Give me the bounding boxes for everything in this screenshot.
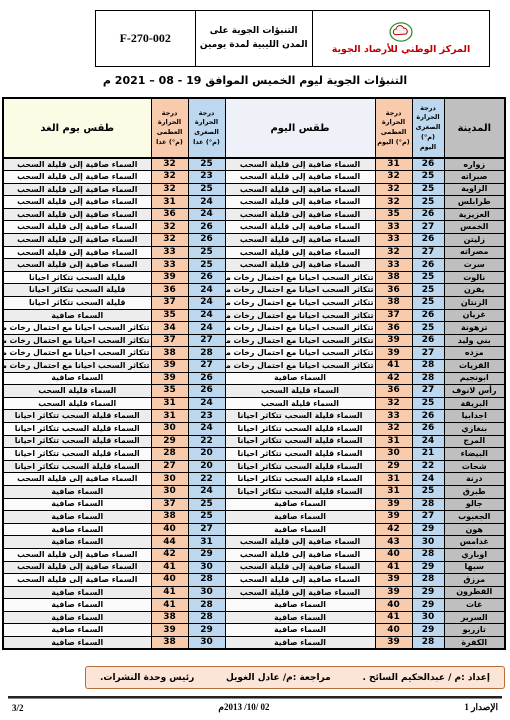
max-temp-today-cell: 41 — [375, 360, 412, 373]
weather-today-cell: السماء صافية — [225, 523, 375, 536]
min-temp-tomorrow-cell: 27 — [188, 334, 225, 347]
max-temp-tomorrow-cell: 37 — [151, 498, 188, 511]
weather-tomorrow-cell: السماء صافية إلى قليلة السحب — [3, 221, 151, 234]
min-temp-tomorrow-cell: 24 — [188, 485, 225, 498]
weather-tomorrow-cell: السماء قليلة السحب تتكاثر احيانا — [3, 460, 151, 473]
forecast-row: الجغبوب2739السماء صافية2538السماء صافية — [3, 511, 505, 524]
city-cell: رأس لانوف — [444, 385, 505, 398]
min-temp-today-cell: 25 — [412, 297, 444, 310]
city-cell: صبراته — [444, 171, 505, 184]
max-temp-today-cell: 38 — [375, 297, 412, 310]
weather-tomorrow-cell: السماء صافية إلى قليلة السحب — [3, 548, 151, 561]
min-temp-tomorrow-cell: 23 — [188, 171, 225, 184]
max-temp-today-cell: 39 — [375, 574, 412, 587]
min-temp-today-cell: 27 — [412, 347, 444, 360]
min-temp-today-cell: 26 — [412, 309, 444, 322]
min-temp-today-cell: 21 — [412, 448, 444, 461]
weather-tomorrow-cell: السماء صافية — [3, 498, 151, 511]
weather-today-cell: تتكاثر السحب احيانا مع احتمال رخات مطر — [225, 322, 375, 335]
max-temp-today-cell: 38 — [375, 271, 412, 284]
max-temp-tomorrow-cell: 31 — [151, 397, 188, 410]
city-cell: الزاوية — [444, 183, 505, 196]
prepared-by: إعداد :م / عبدالحكيم السائح . — [362, 673, 490, 683]
weather-today-cell: تتكاثر السحب احيانا مع احتمال رخات مطر — [225, 309, 375, 322]
max-temp-today-cell: 36 — [375, 385, 412, 398]
city-cell: القريات — [444, 360, 505, 373]
max-temp-today-cell: 36 — [375, 322, 412, 335]
min-temp-tomorrow-cell: 22 — [188, 473, 225, 486]
max-temp-tomorrow-cell: 38 — [151, 347, 188, 360]
weather-today-cell: تتكاثر السحب احيانا مع احتمال رخات مطر — [225, 271, 375, 284]
city-cell: الزنتان — [444, 297, 505, 310]
max-temp-tomorrow-cell: 32 — [151, 171, 188, 184]
forecast-row: العزيزية2635السماء صافية إلى قليلة السحب… — [3, 208, 505, 221]
forecast-row: البريقة2532السماء قليلة السحب2431السماء … — [3, 397, 505, 410]
city-cell: جالو — [444, 498, 505, 511]
weather-tomorrow-cell: السماء صافية إلى قليلة السحب — [3, 208, 151, 221]
min-temp-today-cell: 29 — [412, 599, 444, 612]
min-temp-tomorrow-cell: 26 — [188, 234, 225, 247]
max-temp-today-cell: 40 — [375, 599, 412, 612]
min-temp-today-cell: 25 — [412, 284, 444, 297]
min-temp-today-cell: 27 — [412, 246, 444, 259]
min-temp-today-cell: 22 — [412, 460, 444, 473]
min-temp-tomorrow-cell: 27 — [188, 360, 225, 373]
min-temp-today-cell: 28 — [412, 574, 444, 587]
forecast-row: غدامس3043السماء صافية إلى قليلة السحب314… — [3, 536, 505, 549]
max-temp-today-cell: 33 — [375, 410, 412, 423]
weather-today-cell: السماء صافية إلى قليلة السحب — [225, 234, 375, 247]
city-cell: مرزق — [444, 574, 505, 587]
weather-today-cell: السماء صافية إلى قليلة السحب — [225, 171, 375, 184]
col-header-min-today: درجة الحرارة الصغرى (م°) اليوم — [412, 98, 444, 158]
weather-tomorrow-cell: السماء صافية — [3, 624, 151, 637]
weather-center-logo-icon — [389, 22, 413, 42]
forecast-row: سبها2941السماء صافية إلى قليلة السحب3041… — [3, 561, 505, 574]
weather-today-cell: السماء قليلة السحب تتكاثر احيانا — [225, 485, 375, 498]
document-header: المركز الوطني للأرصاد الجوية التنبؤات ال… — [95, 10, 490, 67]
page-title: التنبؤات الجوية ليوم الخميس الموافق 19 -… — [0, 74, 510, 87]
min-temp-tomorrow-cell: 23 — [188, 410, 225, 423]
max-temp-today-cell: 33 — [375, 234, 412, 247]
doc-title-cell: التنبؤات الجوية على المدن الليبية لمدة ي… — [196, 11, 313, 66]
col-header-city: المدينة — [444, 98, 505, 158]
forecast-row: السرير3041السماء صافية2838السماء صافية — [3, 611, 505, 624]
min-temp-tomorrow-cell: 25 — [188, 158, 225, 171]
weather-today-cell: السماء قليلة السحب تتكاثر احيانا — [225, 460, 375, 473]
weather-tomorrow-cell: قليلة السحب تتكاثر احيانا — [3, 271, 151, 284]
city-cell: بنغازي — [444, 422, 505, 435]
max-temp-tomorrow-cell: 44 — [151, 536, 188, 549]
city-cell: مصراته — [444, 246, 505, 259]
weather-tomorrow-cell: السماء قليلة السحب تتكاثر احيانا — [3, 422, 151, 435]
forecast-row: مصراته2732السماء صافية إلى قليلة السحب25… — [3, 246, 505, 259]
city-cell: غات — [444, 599, 505, 612]
min-temp-today-cell: 28 — [412, 360, 444, 373]
min-temp-today-cell: 26 — [412, 259, 444, 272]
reviewed-by: مراجعة :م/ عادل الغويل — [226, 673, 331, 683]
min-temp-tomorrow-cell: 24 — [188, 284, 225, 297]
forecast-row: بني وليد2639تتكاثر السحب احيانا مع احتما… — [3, 334, 505, 347]
max-temp-tomorrow-cell: 32 — [151, 158, 188, 171]
min-temp-today-cell: 25 — [412, 322, 444, 335]
city-cell: شحات — [444, 460, 505, 473]
doc-title: التنبؤات الجوية على المدن الليبية لمدة ي… — [198, 25, 310, 52]
max-temp-today-cell: 33 — [375, 259, 412, 272]
weather-today-cell: السماء صافية — [225, 637, 375, 650]
max-temp-tomorrow-cell: 31 — [151, 410, 188, 423]
forecast-row: مزده2739تتكاثر السحب احيانا مع احتمال رخ… — [3, 347, 505, 360]
org-name: المركز الوطني للأرصاد الجوية — [332, 44, 471, 55]
max-temp-tomorrow-cell: 38 — [151, 611, 188, 624]
bulletins-unit-chief: رئيس وحدة النشرات. — [100, 673, 194, 683]
max-temp-today-cell: 39 — [375, 511, 412, 524]
max-temp-today-cell: 43 — [375, 536, 412, 549]
min-temp-today-cell: 26 — [412, 234, 444, 247]
max-temp-today-cell: 32 — [375, 183, 412, 196]
max-temp-today-cell: 31 — [375, 158, 412, 171]
weather-tomorrow-cell: السماء صافية — [3, 372, 151, 385]
forecast-row: غات2940السماء صافية2841السماء صافية — [3, 599, 505, 612]
issue-date: 02 /10/ 2013م — [218, 702, 269, 713]
weather-tomorrow-cell: تتكاثر السحب احيانا مع احتمال رخات مطر — [3, 334, 151, 347]
max-temp-tomorrow-cell: 40 — [151, 523, 188, 536]
weather-today-cell: السماء صافية إلى قليلة السحب — [225, 246, 375, 259]
max-temp-tomorrow-cell: 37 — [151, 297, 188, 310]
min-temp-tomorrow-cell: 22 — [188, 435, 225, 448]
weather-today-cell: السماء قليلة السحب تتكاثر احيانا — [225, 448, 375, 461]
weather-today-cell: تتكاثر السحب احيانا مع احتمال رخات مطر — [225, 360, 375, 373]
min-temp-tomorrow-cell: 28 — [188, 347, 225, 360]
max-temp-today-cell: 32 — [375, 246, 412, 259]
weather-today-cell: السماء صافية — [225, 624, 375, 637]
weather-today-cell: السماء صافية — [225, 599, 375, 612]
forecast-row: طرابلس2532السماء صافية إلى قليلة السحب24… — [3, 196, 505, 209]
city-cell: القطرون — [444, 586, 505, 599]
min-temp-tomorrow-cell: 30 — [188, 637, 225, 650]
weather-today-cell: تتكاثر السحب احيانا مع احتمال رخات مطر — [225, 334, 375, 347]
weather-today-cell: السماء صافية — [225, 511, 375, 524]
max-temp-tomorrow-cell: 29 — [151, 435, 188, 448]
max-temp-today-cell: 41 — [375, 611, 412, 624]
weather-tomorrow-cell: السماء صافية إلى قليلة السحب — [3, 246, 151, 259]
min-temp-tomorrow-cell: 24 — [188, 397, 225, 410]
min-temp-today-cell: 25 — [412, 171, 444, 184]
city-cell: غريان — [444, 309, 505, 322]
city-cell: طرابلس — [444, 196, 505, 209]
max-temp-today-cell: 39 — [375, 334, 412, 347]
forecast-row: اجدابيا2633السماء قليلة السحب تتكاثر احي… — [3, 410, 505, 423]
weather-tomorrow-cell: السماء قليلة السحب تتكاثر احيانا — [3, 448, 151, 461]
max-temp-today-cell: 37 — [375, 309, 412, 322]
weather-tomorrow-cell: قليلة السحب تتكاثر احيانا — [3, 284, 151, 297]
weather-tomorrow-cell: السماء صافية إلى قليلة السحب — [3, 196, 151, 209]
min-temp-tomorrow-cell: 29 — [188, 624, 225, 637]
min-temp-tomorrow-cell: 27 — [188, 523, 225, 536]
forecast-table-body: زواره2631السماء صافية إلى قليلة السحب253… — [3, 158, 505, 649]
city-cell: البريقة — [444, 397, 505, 410]
max-temp-tomorrow-cell: 41 — [151, 561, 188, 574]
max-temp-tomorrow-cell: 41 — [151, 586, 188, 599]
min-temp-today-cell: 28 — [412, 548, 444, 561]
max-temp-tomorrow-cell: 38 — [151, 637, 188, 650]
min-temp-tomorrow-cell: 31 — [188, 536, 225, 549]
city-cell: سرت — [444, 259, 505, 272]
max-temp-tomorrow-cell: 37 — [151, 334, 188, 347]
min-temp-today-cell: 26 — [412, 410, 444, 423]
max-temp-tomorrow-cell: 33 — [151, 246, 188, 259]
weather-tomorrow-cell: السماء صافية إلى قليلة السحب — [3, 234, 151, 247]
weather-today-cell: السماء صافية إلى قليلة السحب — [225, 536, 375, 549]
min-temp-today-cell: 25 — [412, 397, 444, 410]
forecast-row: اوباري2840السماء صافية إلى قليلة السحب29… — [3, 548, 505, 561]
min-temp-tomorrow-cell: 25 — [188, 511, 225, 524]
max-temp-tomorrow-cell: 39 — [151, 360, 188, 373]
city-cell: سبها — [444, 561, 505, 574]
max-temp-today-cell: 29 — [375, 460, 412, 473]
max-temp-today-cell: 39 — [375, 637, 412, 650]
min-temp-today-cell: 26 — [412, 208, 444, 221]
forecast-row: مرزق2839السماء صافية إلى قليلة السحب2840… — [3, 574, 505, 587]
forecast-row: ابونجيم2842السماء صافية2639السماء صافية — [3, 372, 505, 385]
max-temp-today-cell: 31 — [375, 473, 412, 486]
min-temp-tomorrow-cell: 25 — [188, 498, 225, 511]
weather-tomorrow-cell: السماء صافية — [3, 485, 151, 498]
weather-today-cell: السماء قليلة السحب — [225, 385, 375, 398]
weather-today-cell: السماء صافية إلى قليلة السحب — [225, 183, 375, 196]
min-temp-tomorrow-cell: 26 — [188, 221, 225, 234]
max-temp-tomorrow-cell: 35 — [151, 385, 188, 398]
footer-divider — [8, 696, 502, 699]
weather-today-cell: السماء صافية إلى قليلة السحب — [225, 196, 375, 209]
max-temp-today-cell: 32 — [375, 171, 412, 184]
forecast-table: المدينة درجة الحرارة الصغرى (م°) اليوم د… — [2, 97, 506, 650]
weather-tomorrow-cell: تتكاثر السحب احيانا مع احتمال رخات مطر — [3, 322, 151, 335]
max-temp-today-cell: 32 — [375, 397, 412, 410]
weather-tomorrow-cell: السماء صافية إلى قليلة السحب — [3, 473, 151, 486]
min-temp-tomorrow-cell: 28 — [188, 574, 225, 587]
max-temp-tomorrow-cell: 30 — [151, 473, 188, 486]
weather-tomorrow-cell: السماء صافية — [3, 523, 151, 536]
max-temp-today-cell: 39 — [375, 347, 412, 360]
min-temp-tomorrow-cell: 24 — [188, 309, 225, 322]
weather-tomorrow-cell: السماء قليلة السحب تتكاثر احيانا — [3, 435, 151, 448]
city-cell: غدامس — [444, 536, 505, 549]
max-temp-today-cell: 42 — [375, 372, 412, 385]
min-temp-today-cell: 30 — [412, 536, 444, 549]
min-temp-tomorrow-cell: 25 — [188, 246, 225, 259]
forecast-row: هون2942السماء صافية2740السماء صافية — [3, 523, 505, 536]
city-cell: درنة — [444, 473, 505, 486]
weather-tomorrow-cell: السماء صافية إلى قليلة السحب — [3, 259, 151, 272]
max-temp-tomorrow-cell: 32 — [151, 221, 188, 234]
max-temp-today-cell: 33 — [375, 221, 412, 234]
min-temp-today-cell: 29 — [412, 523, 444, 536]
forecast-row: سرت2633السماء صافية إلى قليلة السحب2533ا… — [3, 259, 505, 272]
weather-today-cell: السماء صافية — [225, 372, 375, 385]
weather-today-cell: السماء صافية إلى قليلة السحب — [225, 561, 375, 574]
forecast-row: صبراته2532السماء صافية إلى قليلة السحب23… — [3, 171, 505, 184]
max-temp-today-cell: 39 — [375, 586, 412, 599]
min-temp-tomorrow-cell: 24 — [188, 322, 225, 335]
weather-today-cell: تتكاثر السحب احيانا مع احتمال رخات مطر — [225, 284, 375, 297]
max-temp-today-cell: 31 — [375, 485, 412, 498]
min-temp-today-cell: 29 — [412, 586, 444, 599]
city-cell: طبرق — [444, 485, 505, 498]
city-cell: اوباري — [444, 548, 505, 561]
max-temp-tomorrow-cell: 32 — [151, 234, 188, 247]
weather-today-cell: السماء صافية إلى قليلة السحب — [225, 586, 375, 599]
weather-tomorrow-cell: السماء صافية — [3, 309, 151, 322]
weather-today-cell: السماء قليلة السحب تتكاثر احيانا — [225, 422, 375, 435]
min-temp-today-cell: 24 — [412, 473, 444, 486]
form-number-cell: F-270-002 — [96, 11, 196, 66]
weather-tomorrow-cell: السماء صافية إلى قليلة السحب — [3, 171, 151, 184]
city-cell: نالوت — [444, 271, 505, 284]
min-temp-today-cell: 29 — [412, 561, 444, 574]
max-temp-tomorrow-cell: 33 — [151, 259, 188, 272]
min-temp-today-cell: 29 — [412, 624, 444, 637]
min-temp-tomorrow-cell: 28 — [188, 599, 225, 612]
weather-today-cell: السماء صافية — [225, 498, 375, 511]
version-label: الإصدار 1 — [464, 702, 498, 713]
signature-bar: إعداد :م / عبدالحكيم السائح . مراجعة :م/… — [85, 666, 505, 689]
max-temp-today-cell: 31 — [375, 435, 412, 448]
forecast-row: بنغازي2632السماء قليلة السحب تتكاثر احيا… — [3, 422, 505, 435]
min-temp-today-cell: 25 — [412, 183, 444, 196]
max-temp-today-cell: 32 — [375, 422, 412, 435]
min-temp-today-cell: 28 — [412, 372, 444, 385]
forecast-row: زواره2631السماء صافية إلى قليلة السحب253… — [3, 158, 505, 171]
min-temp-tomorrow-cell: 29 — [188, 548, 225, 561]
city-cell: الجغبوب — [444, 511, 505, 524]
max-temp-tomorrow-cell: 30 — [151, 422, 188, 435]
weather-tomorrow-cell: السماء صافية — [3, 611, 151, 624]
weather-today-cell: السماء صافية — [225, 611, 375, 624]
max-temp-tomorrow-cell: 39 — [151, 372, 188, 385]
weather-tomorrow-cell: تتكاثر السحب احيانا مع احتمال رخات مطر — [3, 347, 151, 360]
weather-tomorrow-cell: قليلة السحب تتكاثر احيانا — [3, 297, 151, 310]
weather-today-cell: السماء قليلة السحب تتكاثر احيانا — [225, 473, 375, 486]
col-header-max-today: درجة الحرارة العظمى (م°) اليوم — [375, 98, 412, 158]
weather-today-cell: السماء قليلة السحب تتكاثر احيانا — [225, 410, 375, 423]
min-temp-today-cell: 25 — [412, 271, 444, 284]
city-cell: تازربو — [444, 624, 505, 637]
forecast-row: درنة2431السماء قليلة السحب تتكاثر احيانا… — [3, 473, 505, 486]
forecast-row: تازربو2940السماء صافية2939السماء صافية — [3, 624, 505, 637]
max-temp-tomorrow-cell: 34 — [151, 322, 188, 335]
min-temp-tomorrow-cell: 30 — [188, 561, 225, 574]
max-temp-tomorrow-cell: 27 — [151, 460, 188, 473]
min-temp-tomorrow-cell: 24 — [188, 196, 225, 209]
city-cell: العزيزية — [444, 208, 505, 221]
weather-tomorrow-cell: تتكاثر السحب احيانا مع احتمال رخات مطر — [3, 360, 151, 373]
min-temp-tomorrow-cell: 24 — [188, 208, 225, 221]
min-temp-tomorrow-cell: 24 — [188, 297, 225, 310]
weather-today-cell: السماء صافية إلى قليلة السحب — [225, 158, 375, 171]
weather-today-cell: تتكاثر السحب احيانا مع احتمال رخات مطر — [225, 347, 375, 360]
forecast-row: جالو2839السماء صافية2537السماء صافية — [3, 498, 505, 511]
forecast-row: نالوت2538تتكاثر السحب احيانا مع احتمال ر… — [3, 271, 505, 284]
weather-today-cell: السماء صافية إلى قليلة السحب — [225, 208, 375, 221]
max-temp-tomorrow-cell: 28 — [151, 448, 188, 461]
col-header-max-tomorrow: درجة الحرارة العظمى (م°) غدا — [151, 98, 188, 158]
weather-today-cell: السماء صافية إلى قليلة السحب — [225, 574, 375, 587]
city-cell: المرج — [444, 435, 505, 448]
city-cell: يفرن — [444, 284, 505, 297]
city-cell: اجدابيا — [444, 410, 505, 423]
city-cell: السرير — [444, 611, 505, 624]
org-cell: المركز الوطني للأرصاد الجوية — [313, 11, 489, 66]
city-cell: ترهونة — [444, 322, 505, 335]
city-cell: زليتن — [444, 234, 505, 247]
city-cell: الكفرة — [444, 637, 505, 650]
min-temp-today-cell: 28 — [412, 637, 444, 650]
min-temp-today-cell: 25 — [412, 485, 444, 498]
forecast-row: الكفرة2839السماء صافية3038السماء صافية — [3, 637, 505, 650]
weather-today-cell: السماء صافية إلى قليلة السحب — [225, 259, 375, 272]
min-temp-tomorrow-cell: 25 — [188, 183, 225, 196]
weather-tomorrow-cell: السماء صافية إلى قليلة السحب — [3, 574, 151, 587]
weather-tomorrow-cell: السماء صافية إلى قليلة السحب — [3, 561, 151, 574]
max-temp-tomorrow-cell: 41 — [151, 599, 188, 612]
max-temp-tomorrow-cell: 35 — [151, 309, 188, 322]
weather-tomorrow-cell: السماء صافية — [3, 637, 151, 650]
max-temp-today-cell: 41 — [375, 561, 412, 574]
min-temp-tomorrow-cell: 20 — [188, 448, 225, 461]
weather-today-cell: السماء قليلة السحب — [225, 397, 375, 410]
forecast-row: رأس لانوف2736السماء قليلة السحب2635السما… — [3, 385, 505, 398]
city-cell: هون — [444, 523, 505, 536]
weather-tomorrow-cell: السماء صافية — [3, 536, 151, 549]
forecast-row: شحات2229السماء قليلة السحب تتكاثر احيانا… — [3, 460, 505, 473]
min-temp-today-cell: 27 — [412, 385, 444, 398]
forecast-row: يفرن2536تتكاثر السحب احيانا مع احتمال رخ… — [3, 284, 505, 297]
max-temp-tomorrow-cell: 36 — [151, 284, 188, 297]
city-cell: بني وليد — [444, 334, 505, 347]
min-temp-tomorrow-cell: 26 — [188, 271, 225, 284]
max-temp-tomorrow-cell: 36 — [151, 208, 188, 221]
max-temp-tomorrow-cell: 39 — [151, 624, 188, 637]
forecast-row: القطرون2939السماء صافية إلى قليلة السحب3… — [3, 586, 505, 599]
min-temp-today-cell: 26 — [412, 422, 444, 435]
form-number: F-270-002 — [120, 31, 171, 46]
min-temp-tomorrow-cell: 26 — [188, 385, 225, 398]
weather-tomorrow-cell: السماء صافية — [3, 586, 151, 599]
city-cell: ابونجيم — [444, 372, 505, 385]
min-temp-tomorrow-cell: 25 — [188, 259, 225, 272]
weather-today-cell: تتكاثر السحب احيانا مع احتمال رخات مطر — [225, 297, 375, 310]
max-temp-today-cell: 39 — [375, 498, 412, 511]
weather-today-cell: السماء صافية إلى قليلة السحب — [225, 548, 375, 561]
weather-today-cell: السماء صافية إلى قليلة السحب — [225, 221, 375, 234]
forecast-row: طبرق2531السماء قليلة السحب تتكاثر احيانا… — [3, 485, 505, 498]
forecast-row: البيضاء2130السماء قليلة السحب تتكاثر احي… — [3, 448, 505, 461]
min-temp-today-cell: 27 — [412, 221, 444, 234]
weather-tomorrow-cell: السماء صافية إلى قليلة السحب — [3, 158, 151, 171]
forecast-row: القريات2841تتكاثر السحب احيانا مع احتمال… — [3, 360, 505, 373]
max-temp-today-cell: 36 — [375, 284, 412, 297]
col-header-weather-today: طقس اليوم — [225, 98, 375, 158]
min-temp-today-cell: 25 — [412, 196, 444, 209]
city-cell: زواره — [444, 158, 505, 171]
weather-today-cell: السماء قليلة السحب تتكاثر احيانا — [225, 435, 375, 448]
weather-tomorrow-cell: السماء صافية إلى قليلة السحب — [3, 183, 151, 196]
min-temp-today-cell: 24 — [412, 435, 444, 448]
forecast-row: غريان2637تتكاثر السحب احيانا مع احتمال ر… — [3, 309, 505, 322]
forecast-row: ترهونة2536تتكاثر السحب احيانا مع احتمال … — [3, 322, 505, 335]
min-temp-tomorrow-cell: 26 — [188, 372, 225, 385]
